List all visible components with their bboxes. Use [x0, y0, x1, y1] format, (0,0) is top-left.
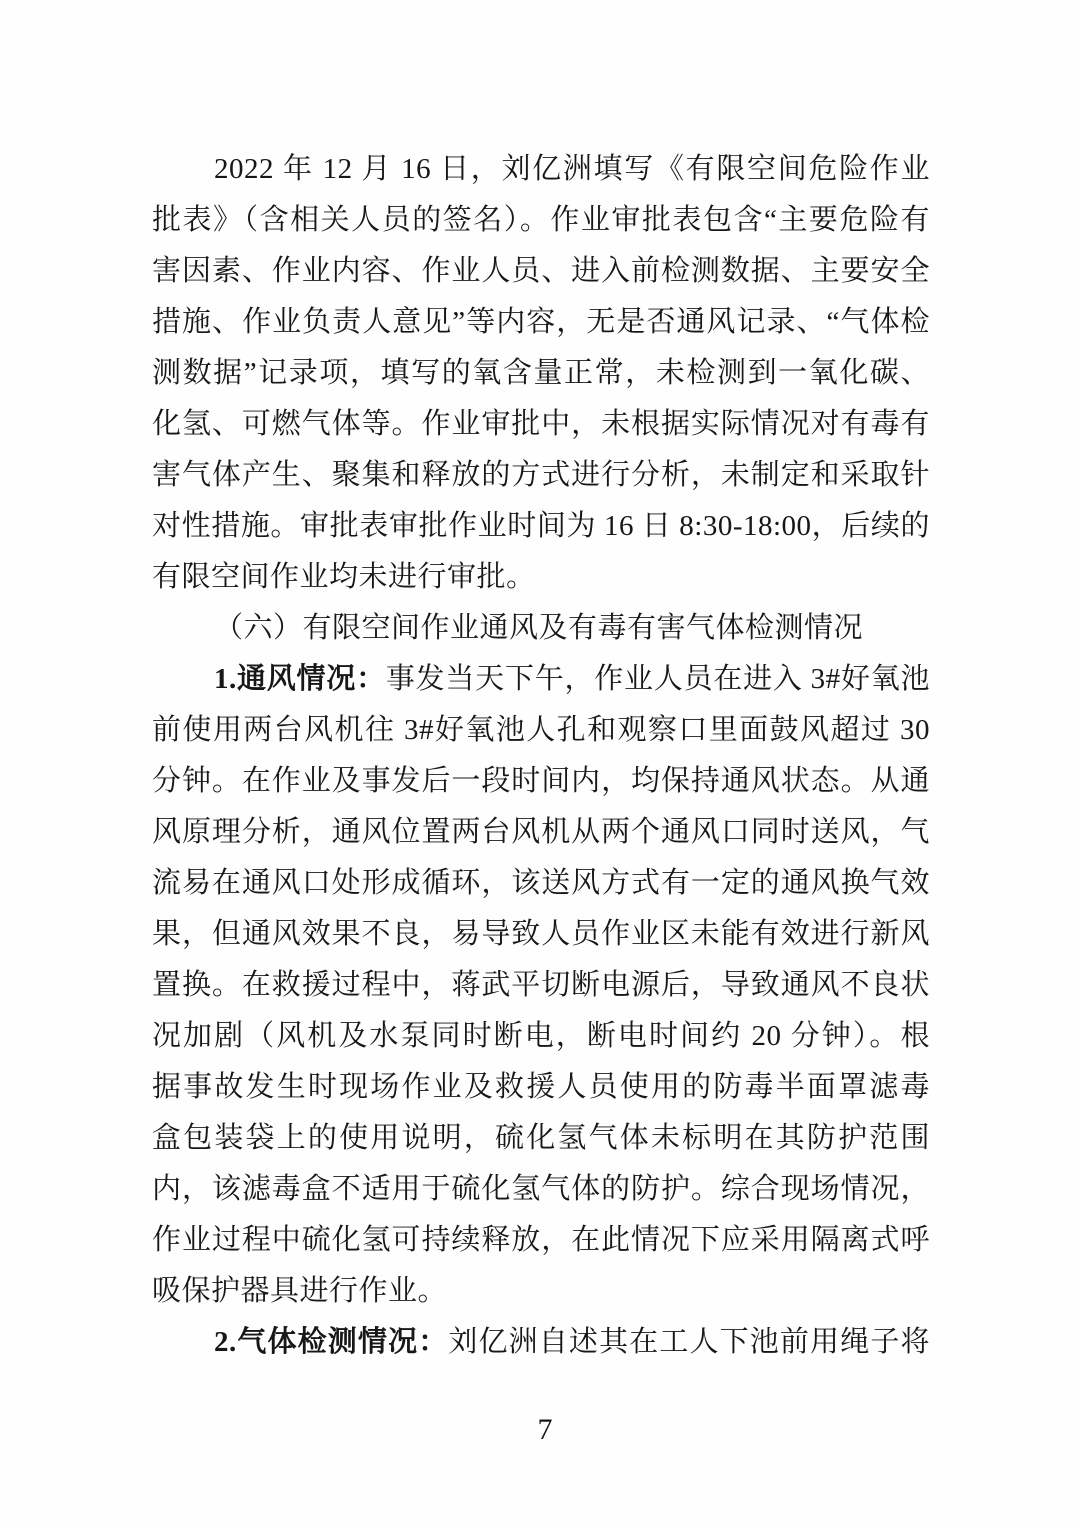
- line-text: 况加剧（风机及水泵同时断电，断电时间约 20 分钟）。根: [152, 1020, 930, 1052]
- run-in-subheading: 2.气体检测情况：: [214, 1326, 448, 1358]
- line-text: 害因素、作业内容、作业人员、进入前检测数据、主要安全: [152, 255, 930, 287]
- text-line: 流易在通风口处形成循环，该送风方式有一定的通风换气效: [152, 858, 930, 909]
- line-text: 风原理分析，通风位置两台风机从两个通风口同时送风，气: [152, 816, 930, 848]
- text-line: 有限空间作业均未进行审批。: [152, 552, 930, 603]
- text-line: 测数据”记录项，填写的氧含量正常，未检测到一氧化碳、硫: [152, 348, 930, 399]
- line-text: 内，该滤毒盒不适用于硫化氢气体的防护。综合现场情况，: [152, 1173, 930, 1205]
- line-text: 刘亿洲自述其在工人下池前用绳子将: [448, 1326, 930, 1358]
- text-line: 风原理分析，通风位置两台风机从两个通风口同时送风，气: [152, 807, 930, 858]
- text-line: 2022 年 12 月 16 日，刘亿洲填写《有限空间危险作业审: [152, 144, 930, 195]
- text-line: 据事故发生时现场作业及救援人员使用的防毒半面罩滤毒: [152, 1062, 930, 1113]
- line-text: 置换。在救援过程中，蒋武平切断电源后，导致通风不良状: [152, 969, 930, 1001]
- line-text: 作业过程中硫化氢可持续释放，在此情况下应采用隔离式呼: [152, 1224, 930, 1256]
- text-line: 害气体产生、聚集和释放的方式进行分析，未制定和采取针: [152, 450, 930, 501]
- line-text: 据事故发生时现场作业及救援人员使用的防毒半面罩滤毒: [152, 1071, 930, 1103]
- run-in-subheading: 1.通风情况：: [214, 663, 386, 695]
- line-text: 果，但通风效果不良，易导致人员作业区未能有效进行新风: [152, 918, 930, 950]
- line-text: 吸保护器具进行作业。: [152, 1275, 447, 1307]
- line-text: 批表》（含相关人员的签名）。作业审批表包含“主要危险有: [152, 204, 930, 236]
- text-line: 置换。在救援过程中，蒋武平切断电源后，导致通风不良状: [152, 960, 930, 1011]
- line-text: （六）有限空间作业通风及有毒有害气体检测情况: [214, 612, 863, 644]
- line-text: 对性措施。审批表审批作业时间为 16 日 8:30-18:00，后续的: [152, 510, 930, 542]
- text-line: 1.通风情况：事发当天下午，作业人员在进入 3#好氧池: [152, 654, 930, 705]
- text-line: 作业过程中硫化氢可持续释放，在此情况下应采用隔离式呼: [152, 1215, 930, 1266]
- line-text: 盒包装袋上的使用说明，硫化氢气体未标明在其防护范围: [152, 1122, 930, 1154]
- text-line: 吸保护器具进行作业。: [152, 1266, 930, 1317]
- line-text: 化氢、可燃气体等。作业审批中，未根据实际情况对有毒有: [152, 408, 930, 440]
- document-body: 2022 年 12 月 16 日，刘亿洲填写《有限空间危险作业审批表》（含相关人…: [152, 144, 930, 1368]
- section-heading: （六）有限空间作业通风及有毒有害气体检测情况: [152, 603, 930, 654]
- line-text: 分钟。在作业及事发后一段时间内，均保持通风状态。从通: [152, 765, 930, 797]
- text-line: 化氢、可燃气体等。作业审批中，未根据实际情况对有毒有: [152, 399, 930, 450]
- line-text: 害气体产生、聚集和释放的方式进行分析，未制定和采取针: [152, 459, 930, 491]
- line-text: 流易在通风口处形成循环，该送风方式有一定的通风换气效: [152, 867, 930, 899]
- line-text: 事发当天下午，作业人员在进入 3#好氧池: [386, 663, 930, 695]
- text-line: 内，该滤毒盒不适用于硫化氢气体的防护。综合现场情况，: [152, 1164, 930, 1215]
- text-line: 批表》（含相关人员的签名）。作业审批表包含“主要危险有: [152, 195, 930, 246]
- line-text: 措施、作业负责人意见”等内容，无是否通风记录、“气体检: [152, 306, 930, 338]
- text-line: 盒包装袋上的使用说明，硫化氢气体未标明在其防护范围: [152, 1113, 930, 1164]
- text-line: 对性措施。审批表审批作业时间为 16 日 8:30-18:00，后续的: [152, 501, 930, 552]
- line-text: 有限空间作业均未进行审批。: [152, 561, 536, 593]
- text-line: 分钟。在作业及事发后一段时间内，均保持通风状态。从通: [152, 756, 930, 807]
- text-line: 害因素、作业内容、作业人员、进入前检测数据、主要安全: [152, 246, 930, 297]
- text-line: 况加剧（风机及水泵同时断电，断电时间约 20 分钟）。根: [152, 1011, 930, 1062]
- line-text: 前使用两台风机往 3#好氧池人孔和观察口里面鼓风超过 30: [152, 714, 930, 746]
- line-text: 2022 年 12 月 16 日，刘亿洲填写《有限空间危险作业审: [214, 153, 930, 195]
- text-line: 前使用两台风机往 3#好氧池人孔和观察口里面鼓风超过 30: [152, 705, 930, 756]
- text-line: 2.气体检测情况：刘亿洲自述其在工人下池前用绳子将: [152, 1317, 930, 1368]
- text-line: 果，但通风效果不良，易导致人员作业区未能有效进行新风: [152, 909, 930, 960]
- document-page: 2022 年 12 月 16 日，刘亿洲填写《有限空间危险作业审批表》（含相关人…: [0, 0, 1080, 1527]
- line-text: 测数据”记录项，填写的氧含量正常，未检测到一氧化碳、硫: [152, 357, 930, 399]
- page-number: 7: [0, 1410, 1080, 1450]
- text-line: 措施、作业负责人意见”等内容，无是否通风记录、“气体检: [152, 297, 930, 348]
